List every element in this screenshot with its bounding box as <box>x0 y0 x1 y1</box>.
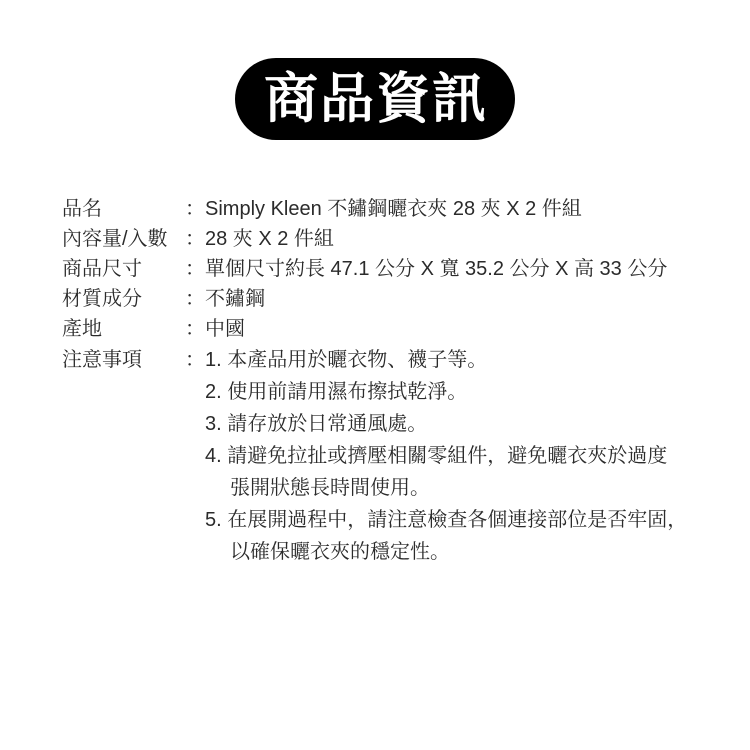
info-label: 材質成分 <box>62 284 185 314</box>
colon-separator: ： <box>185 194 205 224</box>
info-value: 中國 <box>205 314 245 344</box>
info-label: 品名 <box>62 194 185 224</box>
notes-list: 1. 本產品用於曬衣物、襪子等。 2. 使用前請用濕布擦拭乾淨。 3. 請存放於… <box>205 344 687 568</box>
note-item-5-continued: 以確保曬衣夾的穩定性。 <box>205 536 687 568</box>
info-row-material: 材質成分 ： 不鏽鋼 <box>62 284 687 314</box>
colon-separator: ： <box>185 344 205 376</box>
colon-separator: ： <box>185 284 205 314</box>
note-item-4-continued: 張開狀態長時間使用。 <box>205 472 687 504</box>
info-value: 28 夾 X 2 件組 <box>205 224 334 254</box>
colon-separator: ： <box>185 314 205 344</box>
colon-separator: ： <box>185 254 205 284</box>
info-value: 不鏽鋼 <box>205 284 265 314</box>
info-row-content-qty: 內容量/入數 ： 28 夾 X 2 件組 <box>62 224 687 254</box>
info-value: 單個尺寸約長 47.1 公分 X 寬 35.2 公分 X 高 33 公分 <box>205 254 667 284</box>
info-label: 產地 <box>62 314 185 344</box>
info-label: 商品尺寸 <box>62 254 185 284</box>
note-item-3: 3. 請存放於日常通風處。 <box>205 408 687 440</box>
info-row-dimensions: 商品尺寸 ： 單個尺寸約長 47.1 公分 X 寬 35.2 公分 X 高 33… <box>62 254 687 284</box>
info-row-notes: 注意事項 ： 1. 本產品用於曬衣物、襪子等。 2. 使用前請用濕布擦拭乾淨。 … <box>62 344 687 568</box>
note-item-4: 4. 請避免拉扯或擠壓相關零組件，避免曬衣夾於過度 <box>205 440 687 472</box>
product-info-table: 品名 ： Simply Kleen 不鏽鋼曬衣夾 28 夾 X 2 件組 內容量… <box>62 194 687 568</box>
info-label: 內容量/入數 <box>62 224 185 254</box>
note-item-2: 2. 使用前請用濕布擦拭乾淨。 <box>205 376 687 408</box>
note-item-5: 5. 在展開過程中，請注意檢查各個連接部位是否牢固， <box>205 504 687 536</box>
colon-separator: ： <box>185 224 205 254</box>
info-row-origin: 產地 ： 中國 <box>62 314 687 344</box>
page-title: 商品資訊 <box>262 72 488 126</box>
info-row-product-name: 品名 ： Simply Kleen 不鏽鋼曬衣夾 28 夾 X 2 件組 <box>62 194 687 224</box>
info-value: Simply Kleen 不鏽鋼曬衣夾 28 夾 X 2 件組 <box>205 194 582 224</box>
info-label: 注意事項 <box>62 344 185 376</box>
note-item-1: 1. 本產品用於曬衣物、襪子等。 <box>205 344 687 376</box>
product-info-badge: 商品資訊 <box>235 58 515 140</box>
